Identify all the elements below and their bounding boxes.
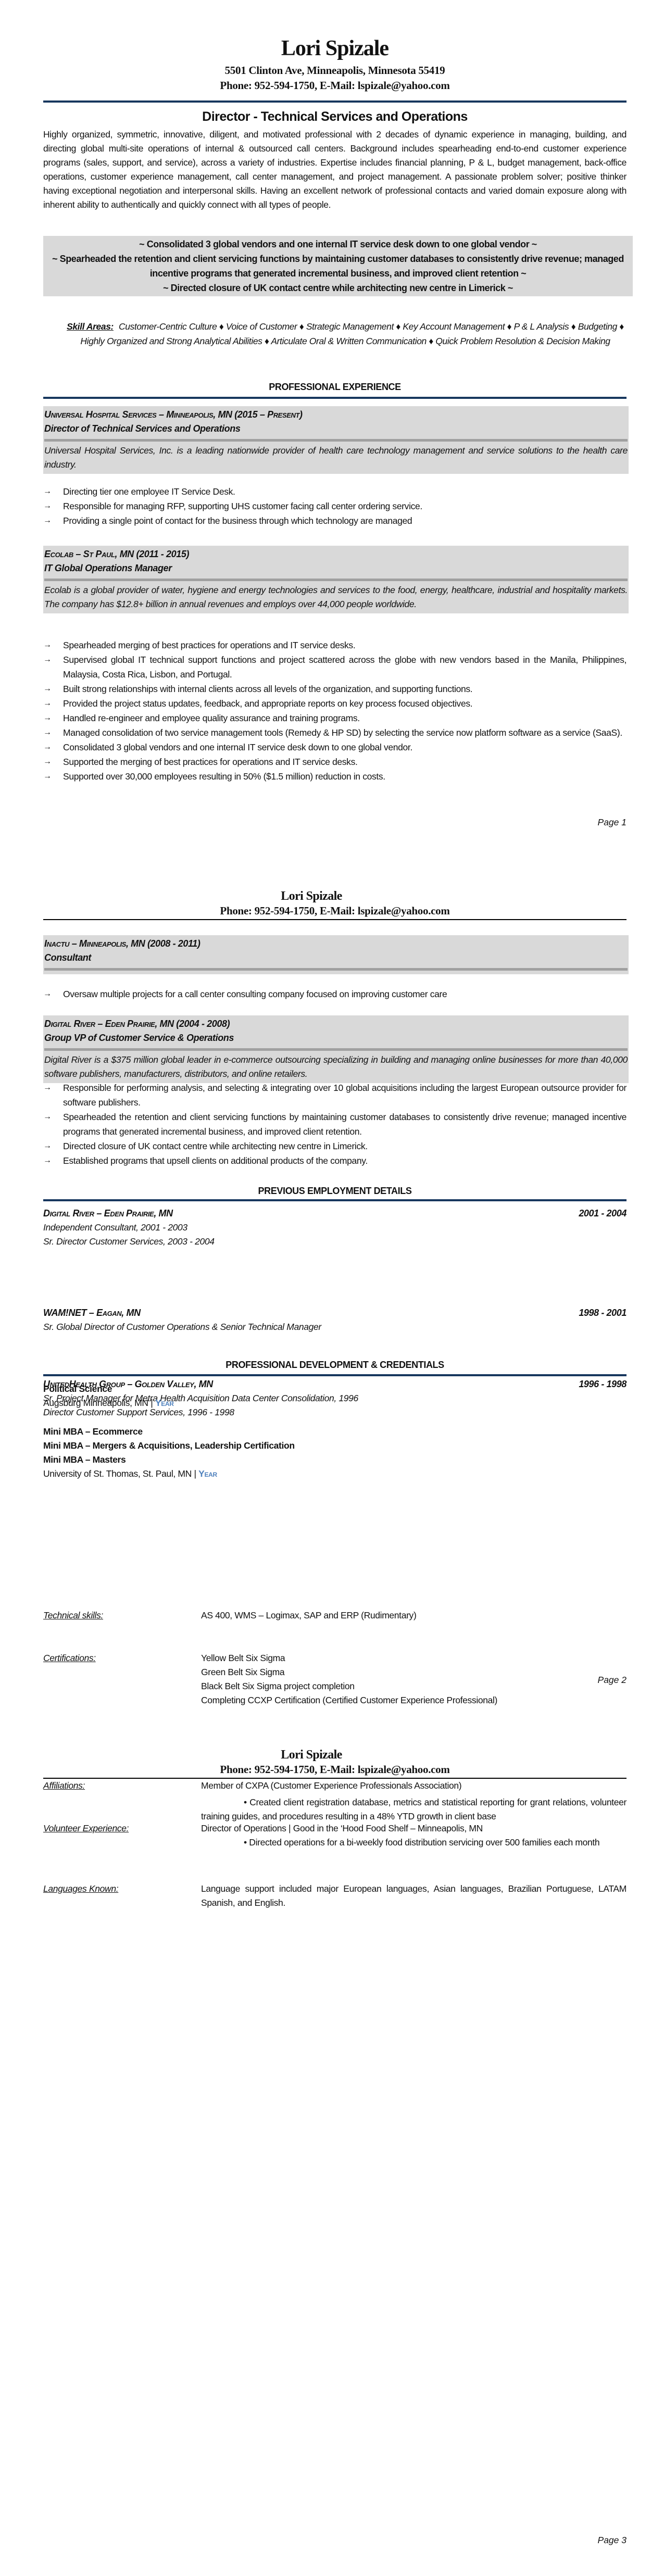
- highlight-item: ~ Consolidated 3 global vendors and one …: [46, 237, 630, 252]
- previous-company: Digital River – Eden Prairie, MN: [43, 1207, 627, 1221]
- list-item: →Established programs that upsell client…: [43, 1153, 627, 1168]
- job-role: Group VP of Customer Service & Operation…: [44, 1031, 628, 1045]
- list-item-text: Providing a single point of contact for …: [63, 516, 412, 526]
- arrow-icon: →: [43, 652, 52, 667]
- list-item-text: Spearheaded the retention and client ser…: [63, 1112, 627, 1137]
- list-item: →Handled re-engineer and employee qualit…: [43, 711, 627, 725]
- summary: Highly organized, symmetric, innovative,…: [43, 128, 627, 212]
- list-item-text: Supported the merging of best practices …: [63, 757, 357, 767]
- list-item: →Directed closure of UK contact centre w…: [43, 1139, 627, 1153]
- job-company: Inactu – Minneapolis, MN (2008 - 2011): [44, 937, 628, 951]
- degree: Mini MBA – Mergers & Acquisitions, Leade…: [43, 1440, 295, 1451]
- job-entry-ecolab: Ecolab – St Paul, MN (2011 - 2015) IT Gl…: [43, 546, 629, 613]
- list-item: →Responsible for managing RFP, supportin…: [43, 499, 627, 513]
- page-number: Page 1: [598, 817, 627, 828]
- education-st-thomas: Mini MBA – Ecommerce Mini MBA – Mergers …: [43, 1425, 627, 1481]
- job-bullets-digital-river: →Responsible for performing analysis, an…: [43, 1080, 627, 1168]
- candidate-name: Lori Spizale: [0, 1748, 627, 1762]
- candidate-name: Lori Spizale: [43, 36, 627, 60]
- list-item-text: Provided the project status updates, fee…: [63, 698, 472, 709]
- job-divider: [44, 439, 628, 442]
- highlights-box: ~ Consolidated 3 global vendors and one …: [43, 236, 633, 296]
- arrow-icon: →: [43, 638, 52, 652]
- skill-areas: Skill Areas:Customer-Centric Culture ♦ V…: [43, 319, 647, 348]
- job-description: Digital River is a $375 million global l…: [44, 1053, 628, 1081]
- list-item-text: Consolidated 3 global vendors and one in…: [63, 742, 412, 752]
- job-entry-inactu: Inactu – Minneapolis, MN (2008 - 2011) C…: [43, 935, 629, 974]
- previous-years: 2001 - 2004: [579, 1207, 627, 1221]
- arrow-icon: →: [43, 1110, 52, 1124]
- arrow-icon: →: [43, 499, 52, 513]
- list-item-text: Responsible for performing analysis, and…: [63, 1083, 627, 1108]
- list-item-text: Managed consolidation of two service man…: [63, 727, 622, 738]
- technical-skills: Technical skills: AS 400, WMS – Logimax,…: [43, 1609, 627, 1623]
- certifications-label: Certifications:: [43, 1651, 96, 1665]
- list-item: →Providing a single point of contact for…: [43, 513, 627, 528]
- list-item: →Directing tier one employee IT Service …: [43, 484, 627, 499]
- job-divider: [44, 1048, 628, 1051]
- arrow-icon: →: [43, 769, 52, 784]
- job-title: Director - Technical Services and Operat…: [43, 109, 627, 124]
- job-divider: [44, 968, 628, 971]
- volunteer-bullet: • Created client registration database, …: [201, 1795, 627, 1824]
- list-item: →Provided the project status updates, fe…: [43, 696, 627, 711]
- technical-skills-value: AS 400, WMS – Logimax, SAP and ERP (Rudi…: [201, 1609, 627, 1623]
- section-divider: [43, 397, 627, 399]
- list-item-text: Responsible for managing RFP, supporting…: [63, 501, 422, 511]
- list-item: →Supported over 30,000 employees resulti…: [43, 769, 627, 784]
- job-role: IT Global Operations Manager: [44, 561, 628, 575]
- candidate-name: Lori Spizale: [0, 889, 627, 903]
- contact-info: Phone: 952-594-1750, E-Mail: lspizale@ya…: [43, 78, 627, 93]
- arrow-icon: →: [43, 1080, 52, 1095]
- certification-item: Completing CCXP Certification (Certified…: [201, 1693, 627, 1707]
- job-role: Director of Technical Services and Opera…: [44, 422, 628, 436]
- arrow-icon: →: [43, 987, 52, 1001]
- list-item-text: Directed closure of UK contact centre wh…: [63, 1141, 368, 1151]
- arrow-icon: →: [43, 1139, 52, 1153]
- job-bullets-uhs: →Directing tier one employee IT Service …: [43, 484, 627, 528]
- degree: Political Science: [43, 1384, 112, 1394]
- arrow-icon: →: [43, 682, 52, 696]
- previous-role: Sr. Director Customer Services, 2003 - 2…: [43, 1235, 627, 1249]
- list-item-text: Spearheaded merging of best practices fo…: [63, 640, 355, 650]
- address: 5501 Clinton Ave, Minneapolis, Minnesota…: [43, 63, 627, 78]
- arrow-icon: →: [43, 484, 52, 499]
- list-item: →Managed consolidation of two service ma…: [43, 725, 627, 740]
- header-divider: [43, 100, 627, 103]
- job-company: Universal Hospital Services – Minneapoli…: [44, 408, 628, 422]
- list-item: →Supported the merging of best practices…: [43, 755, 627, 769]
- header-divider: [43, 919, 627, 920]
- degree: Mini MBA – Masters: [43, 1454, 126, 1465]
- languages-value: Language support included major European…: [201, 1882, 627, 1910]
- education-augsburg: Political Science Augsburg Minneapolis, …: [43, 1382, 627, 1410]
- previous-role: Sr. Global Director of Customer Operatio…: [43, 1320, 627, 1334]
- previous-years: 1998 - 2001: [579, 1306, 627, 1320]
- list-item: →Oversaw multiple projects for a call ce…: [43, 987, 627, 1001]
- volunteer-continued: • Created client registration database, …: [43, 1795, 627, 1824]
- list-item: →Spearheaded merging of best practices f…: [43, 638, 627, 652]
- previous-job-waminet: WAM!NET – Eagan, MN 1998 - 2001 Sr. Glob…: [43, 1306, 627, 1334]
- highlight-item: ~ Directed closure of UK contact centre …: [46, 281, 630, 295]
- section-divider: [43, 1374, 627, 1376]
- list-item-text: Oversaw multiple projects for a call cen…: [63, 989, 447, 999]
- section-heading-previous: PREVIOUS EMPLOYMENT DETAILS: [43, 1185, 627, 1197]
- certification-item: Green Belt Six Sigma: [201, 1665, 627, 1679]
- skill-areas-label: Skill Areas:: [67, 321, 114, 332]
- arrow-icon: →: [43, 696, 52, 711]
- page-1: Lori Spizale 5501 Clinton Ave, Minneapol…: [0, 0, 664, 859]
- resume-header: Lori Spizale 5501 Clinton Ave, Minneapol…: [43, 36, 627, 93]
- previous-company: WAM!NET – Eagan, MN: [43, 1306, 627, 1320]
- arrow-icon: →: [43, 740, 52, 755]
- job-divider: [44, 579, 628, 581]
- highlight-item: ~ Spearheaded the retention and client s…: [46, 252, 630, 281]
- contact-info: Phone: 952-594-1750, E-Mail: lspizale@ya…: [43, 903, 627, 919]
- list-item: →Built strong relationships with interna…: [43, 682, 627, 696]
- degree: Mini MBA – Ecommerce: [43, 1426, 143, 1437]
- certification-item: Yellow Belt Six Sigma: [201, 1651, 627, 1665]
- list-item: →Supervised global IT technical support …: [43, 652, 627, 682]
- page-number: Page 2: [598, 1675, 627, 1686]
- technical-skills-label: Technical skills:: [43, 1609, 103, 1623]
- arrow-icon: →: [43, 755, 52, 769]
- arrow-icon: →: [43, 513, 52, 528]
- certification-item: Black Belt Six Sigma project completion: [201, 1679, 627, 1693]
- job-company: Digital River – Eden Prairie, MN (2004 -…: [44, 1017, 628, 1031]
- year: Year: [198, 1468, 217, 1479]
- page-3: Lori Spizale Phone: 952-594-1750, E-Mail…: [0, 1717, 664, 2576]
- section-heading-development: PROFESSIONAL DEVELOPMENT & CREDENTIALS: [43, 1359, 627, 1371]
- school: University of St. Thomas, St. Paul, MN |: [43, 1468, 198, 1479]
- list-item-text: Supported over 30,000 employees resultin…: [63, 771, 385, 782]
- list-item-text: Supervised global IT technical support f…: [63, 655, 627, 680]
- job-bullets-inactu: →Oversaw multiple projects for a call ce…: [43, 987, 627, 1001]
- job-bullets-ecolab: →Spearheaded merging of best practices f…: [43, 638, 627, 784]
- page-number: Page 3: [598, 2535, 627, 2546]
- header-divider: [43, 1778, 627, 1779]
- languages: Languages Known: Language support includ…: [43, 1882, 627, 1910]
- job-description: Universal Hospital Services, Inc. is a l…: [44, 444, 628, 472]
- previous-role: Independent Consultant, 2001 - 2003: [43, 1221, 627, 1235]
- list-item-text: Established programs that upsell clients…: [63, 1155, 368, 1166]
- list-item-text: Built strong relationships with internal…: [63, 684, 472, 694]
- previous-job-digital-river: Digital River – Eden Prairie, MN 2001 - …: [43, 1207, 627, 1249]
- job-description: Ecolab is a global provider of water, hy…: [44, 583, 628, 611]
- section-divider: [43, 1199, 627, 1201]
- list-item: →Responsible for performing analysis, an…: [43, 1080, 627, 1110]
- contact-info: Phone: 952-594-1750, E-Mail: lspizale@ya…: [43, 1762, 627, 1777]
- job-company: Ecolab – St Paul, MN (2011 - 2015): [44, 547, 628, 561]
- year: Year: [155, 1398, 174, 1408]
- certifications: Certifications: Yellow Belt Six Sigma Gr…: [43, 1651, 627, 1707]
- running-header: Lori Spizale Phone: 952-594-1750, E-Mail…: [43, 1748, 627, 1777]
- list-item-text: Handled re-engineer and employee quality…: [63, 713, 360, 723]
- arrow-icon: →: [43, 1153, 52, 1168]
- list-item: →Consolidated 3 global vendors and one i…: [43, 740, 627, 755]
- section-heading-experience: PROFESSIONAL EXPERIENCE: [43, 381, 627, 393]
- job-role: Consultant: [44, 951, 628, 965]
- job-entry-digital-river: Digital River – Eden Prairie, MN (2004 -…: [43, 1015, 629, 1083]
- skill-areas-list: Customer-Centric Culture ♦ Voice of Cust…: [80, 321, 624, 346]
- running-header: Lori Spizale Phone: 952-594-1750, E-Mail…: [43, 889, 627, 919]
- arrow-icon: →: [43, 711, 52, 725]
- languages-label: Languages Known:: [43, 1882, 118, 1896]
- list-item: →Spearheaded the retention and client se…: [43, 1110, 627, 1139]
- school: Augsburg Minneapolis, MN |: [43, 1398, 155, 1408]
- job-entry-uhs: Universal Hospital Services – Minneapoli…: [43, 406, 629, 474]
- arrow-icon: →: [43, 725, 52, 740]
- list-item-text: Directing tier one employee IT Service D…: [63, 486, 235, 497]
- page-2: Lori Spizale Phone: 952-594-1750, E-Mail…: [0, 859, 664, 1717]
